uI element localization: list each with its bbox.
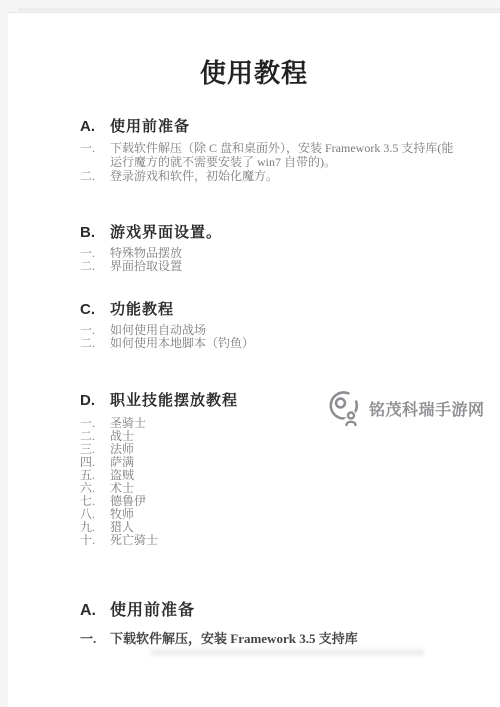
list-item: 十. 死亡骑士 <box>80 534 500 547</box>
page-title: 使用教程 <box>8 58 500 89</box>
section-letter: D. <box>80 393 110 408</box>
list-item: 二. 战士 <box>80 430 500 443</box>
item-number: 十. <box>80 534 110 547</box>
section-item-list: 一. 如何使用自动战场 二. 如何使用本地脚本（钓鱼） <box>8 324 500 350</box>
item-text: 界面拾取设置 <box>110 260 182 273</box>
item-text: 死亡骑士 <box>110 534 158 547</box>
watermark: 铭茂科瑞手游网 <box>327 388 485 428</box>
list-item: 七. 德鲁伊 <box>80 495 500 508</box>
section-item-list: 一. 下载软件解压（除 C 盘和桌面外），安装 Framework 3.5 支持… <box>8 141 500 183</box>
section-heading: 使用前准备 <box>110 119 190 134</box>
document-section: A. 使用前准备 一. 下载软件解压，安装 Framework 3.5 支持库 <box>8 602 500 646</box>
list-item: 三. 法师 <box>80 443 500 456</box>
section-item-list: 一. 下载软件解压，安装 Framework 3.5 支持库 <box>8 631 500 646</box>
list-item: 五. 盗贼 <box>80 469 500 482</box>
list-item: 四. 萨满 <box>80 456 500 469</box>
section-heading-row: C. 功能教程 <box>8 302 500 317</box>
item-number: 二. <box>80 337 110 350</box>
section-letter: A. <box>80 602 110 620</box>
item-number: 一. <box>80 141 110 169</box>
item-text: 登录游戏和软件，初始化魔方。 <box>110 169 278 183</box>
section-letter: B. <box>80 225 110 240</box>
list-item: 一. 下载软件解压（除 C 盘和桌面外），安装 Framework 3.5 支持… <box>80 141 500 169</box>
document-section: C. 功能教程 一. 如何使用自动战场 二. 如何使用本地脚本（钓鱼） <box>8 302 500 350</box>
item-text: 下载软件解压，安装 Framework 3.5 支持库 <box>110 631 358 646</box>
watermark-text: 铭茂科瑞手游网 <box>369 397 485 420</box>
game-site-logo-icon <box>327 388 363 428</box>
screenshot-root: { "document": { "title": "使用教程", "sectio… <box>0 0 500 707</box>
section-heading-row: A. 使用前准备 <box>8 119 500 134</box>
section-letter: C. <box>80 302 110 317</box>
list-item: 一. 下载软件解压，安装 Framework 3.5 支持库 <box>80 631 500 646</box>
list-item: 八. 牧师 <box>80 508 500 521</box>
document-section: A. 使用前准备 一. 下载软件解压（除 C 盘和桌面外），安装 Framewo… <box>8 119 500 183</box>
document-section: B. 游戏界面设置。 一. 特殊物品摆放 二. 界面拾取设置 <box>8 225 500 273</box>
list-item: 二. 如何使用本地脚本（钓鱼） <box>80 337 500 350</box>
item-number: 二. <box>80 169 110 183</box>
section-item-list: 一. 圣骑士 二. 战士 三. 法师 四. 萨满 五. 盗贼 六. 术士 七. … <box>8 417 500 547</box>
section-heading: 使用前准备 <box>110 602 195 620</box>
item-text: 下载软件解压（除 C 盘和桌面外），安装 Framework 3.5 支持库(能… <box>110 141 458 169</box>
section-item-list: 一. 特殊物品摆放 二. 界面拾取设置 <box>8 247 500 273</box>
list-item: 二. 界面拾取设置 <box>80 260 500 273</box>
section-letter: A. <box>80 119 110 134</box>
item-number: 一. <box>80 631 110 646</box>
document-page: 使用教程 A. 使用前准备 一. 下载软件解压（除 C 盘和桌面外），安装 Fr… <box>8 12 500 707</box>
section-heading: 功能教程 <box>110 302 174 317</box>
section-heading-row: B. 游戏界面设置。 <box>8 225 500 240</box>
section-heading: 职业技能摆放教程 <box>110 393 238 408</box>
section-heading-row: A. 使用前准备 <box>8 602 500 620</box>
list-item: 二. 登录游戏和软件，初始化魔方。 <box>80 169 500 183</box>
item-text: 如何使用本地脚本（钓鱼） <box>110 337 254 350</box>
section-heading: 游戏界面设置。 <box>110 225 222 240</box>
scan-artifact-smear <box>150 649 425 656</box>
scan-top-edge-line <box>18 8 500 11</box>
item-number: 二. <box>80 260 110 273</box>
